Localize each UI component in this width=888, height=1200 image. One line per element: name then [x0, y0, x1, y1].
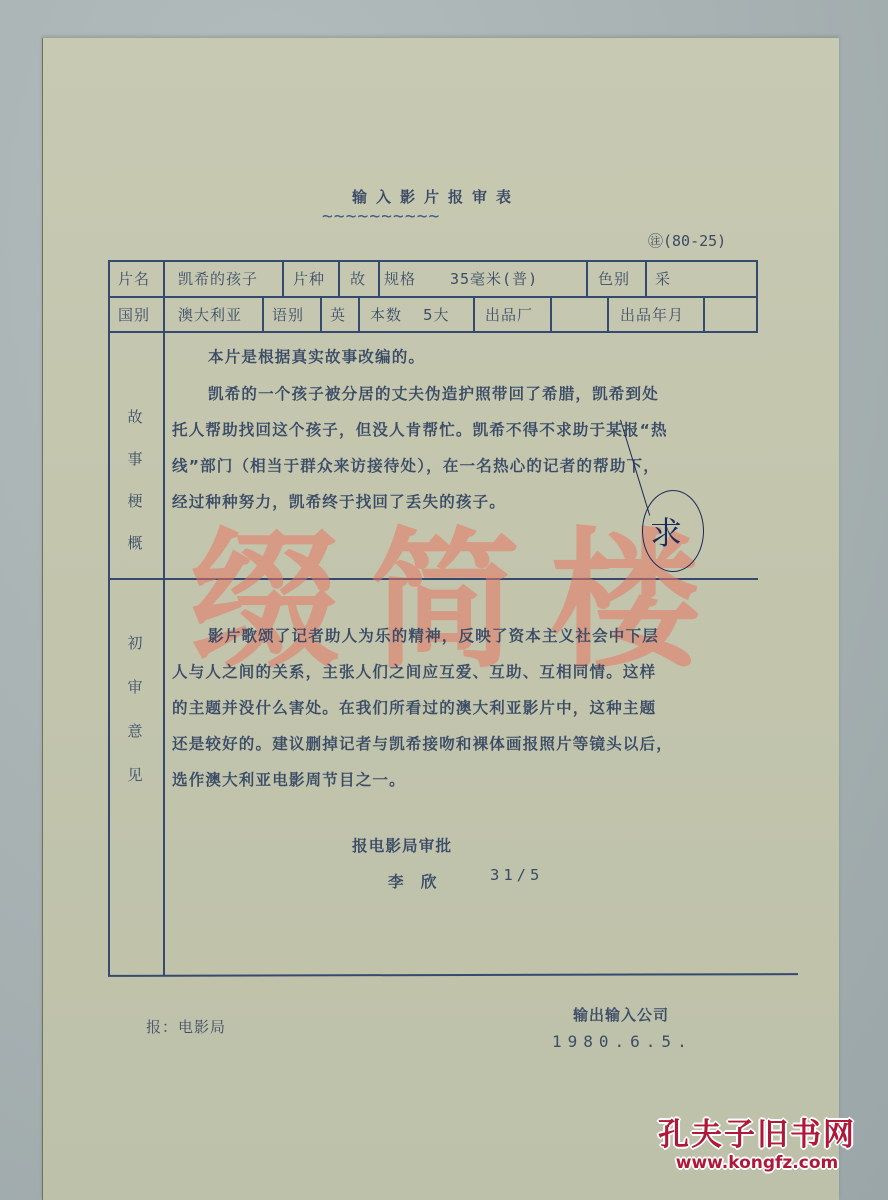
table-left-border [108, 260, 110, 975]
reels-label: 本数 [370, 304, 402, 325]
row1-divider [586, 260, 588, 297]
table-line-bottom [108, 331, 758, 333]
review-line: 选作澳大利亚电影周节目之一。 [172, 768, 406, 790]
site-watermark-url: www.kongfz.com [658, 1153, 856, 1173]
review-line: 的主题并没什么害处。在我们所看过的澳大利亚影片中，这种主题 [172, 696, 656, 718]
synopsis-label-char: 概 [120, 522, 150, 564]
film-type-label: 片种 [293, 268, 325, 289]
country-label: 国别 [118, 304, 150, 325]
row2-divider [703, 296, 705, 332]
film-name-label: 片名 [118, 268, 150, 289]
signature-date: 31/5 [490, 866, 543, 884]
format-label: 规格 [384, 268, 416, 289]
reels-value: 5大 [423, 304, 450, 325]
site-watermark-title: 孔夫子旧书网 [658, 1117, 856, 1153]
language-value: 英 [330, 304, 346, 325]
row2-divider [320, 296, 322, 332]
site-watermark: 孔夫子旧书网 www.kongfz.com [658, 1117, 856, 1173]
approval-line: 报电影局审批 [352, 834, 452, 856]
table-line-top [108, 260, 758, 262]
label-column-border [163, 260, 165, 975]
synopsis-line: 经过种种努力，凯希终于找回了丢失的孩子。 [172, 490, 506, 512]
review-label-char: 见 [120, 754, 150, 796]
row2-divider [550, 296, 552, 332]
row1-divider [282, 260, 284, 297]
table-line-mid [108, 296, 758, 298]
handwritten-mark: 求 [650, 508, 682, 554]
studio-label: 出品厂 [485, 304, 533, 325]
signature: 李 欣 [388, 870, 442, 892]
document-title: 输入影片报审表 [352, 186, 520, 207]
document-number: ㊟(80-25) [648, 230, 726, 251]
format-value: 35毫米(普) [450, 268, 538, 289]
color-value: 采 [655, 268, 671, 289]
synopsis-label-char: 事 [120, 438, 150, 480]
review-label-char: 初 [120, 622, 150, 664]
footer-recipient: 报：电影局 [146, 1016, 226, 1037]
review-line: 人与人之间的关系，主张人们之间应互爱、互助、互相同情。这样 [172, 660, 656, 682]
row1-divider [378, 260, 380, 297]
review-label-char: 意 [120, 710, 150, 752]
synopsis-line: 线”部门（相当于群众来访接待处），在一名热心的记者的帮助下， [172, 454, 660, 476]
row2-divider [262, 296, 264, 332]
title-underline: ~~~~~~~~~~ [322, 206, 440, 227]
review-line: 影片歌颂了记者助人为乐的精神，反映了资本主义社会中下层 [208, 624, 659, 646]
country-value: 澳大利亚 [178, 304, 242, 325]
language-label: 语别 [272, 304, 304, 325]
footer-company: 输出输入公司 [573, 1004, 669, 1025]
row2-divider [607, 296, 609, 332]
row2-divider [358, 296, 360, 332]
synopsis-line: 凯希的一个孩子被分居的丈夫伪造护照带回了希腊，凯希到处 [208, 382, 659, 404]
footer-date: 1980.6.5. [552, 1032, 693, 1051]
synopsis-line: 托人帮助找回这个孩子，但没人肯帮忙。凯希不得不求助于某报“热 [172, 418, 668, 440]
synopsis-label-char: 梗 [120, 480, 150, 522]
row1-divider [338, 260, 340, 297]
table-right-border [756, 260, 758, 332]
film-name-value: 凯希的孩子 [178, 268, 258, 289]
review-line: 还是较好的。建议删掉记者与凯希接吻和裸体画报照片等镜头以后， [172, 732, 673, 754]
review-label-char: 审 [120, 666, 150, 708]
row1-divider [645, 260, 647, 297]
synopsis-line: 本片是根据真实故事改编的。 [208, 345, 425, 367]
synopsis-label-char: 故 [120, 396, 150, 438]
film-type-value: 故 [350, 268, 366, 289]
row2-divider [473, 296, 475, 332]
color-label: 色别 [598, 268, 630, 289]
year-label: 出品年月 [620, 304, 684, 325]
